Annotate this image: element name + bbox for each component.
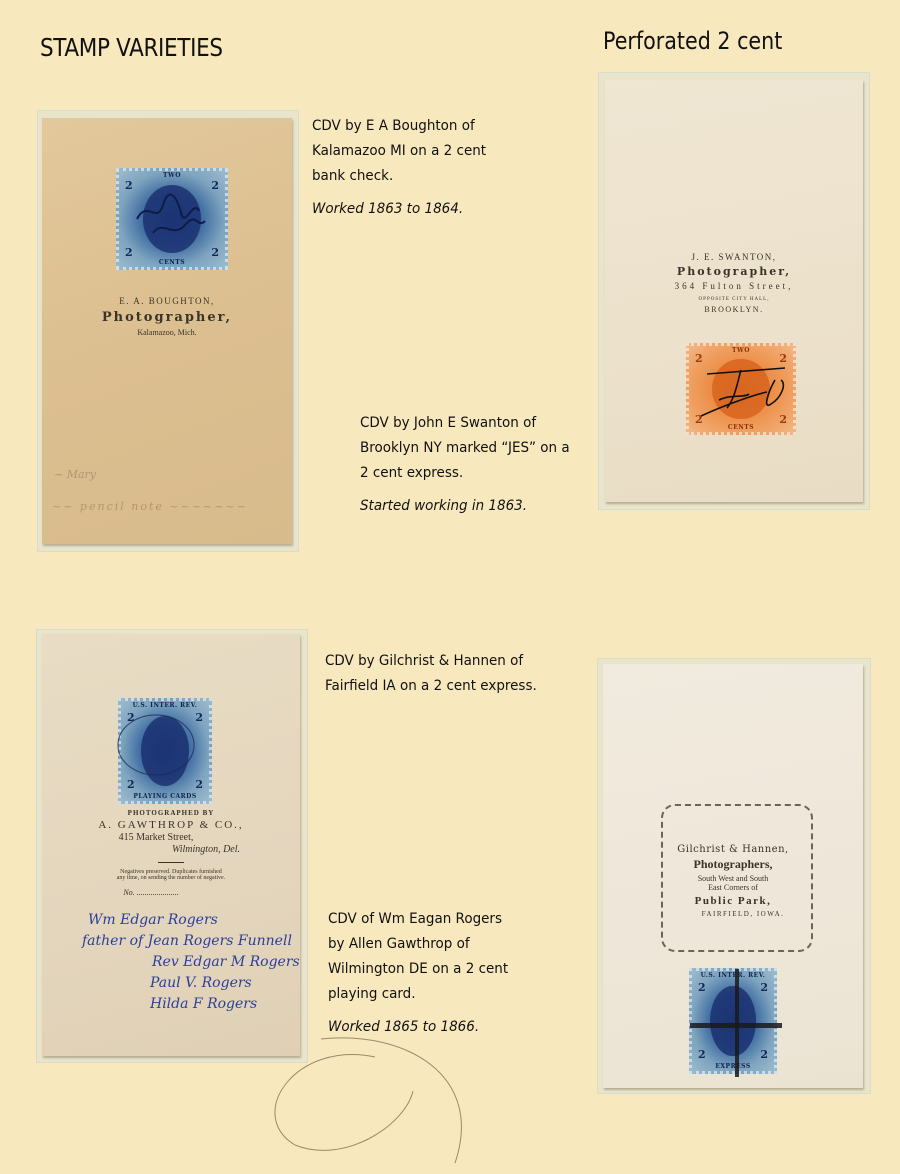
handwritten-inscription: Wm Edgar Rogers father of Jean Rogers Fu… bbox=[88, 910, 300, 1015]
manuscript-cancel-icon bbox=[133, 189, 213, 245]
page-title: STAMP VARIETIES bbox=[40, 33, 223, 62]
photographer-imprint: J. E. SWANTON, Photographer, 364 Fulton … bbox=[605, 252, 863, 314]
denomination: 2 bbox=[760, 981, 768, 994]
stamp-playing-cards: U.S. INTER. REV. PLAYING CARDS 2 2 2 2 bbox=[118, 698, 212, 804]
denomination: 2 bbox=[125, 246, 133, 259]
photographer-imprint: PHOTOGRAPHED BY A. GAWTHROP & CO., 415 M… bbox=[42, 809, 300, 897]
stamp-express-orange: TWO CENTS 2 2 2 2 bbox=[686, 343, 796, 435]
caption-gawthrop: CDV of Wm Eagan Rogers by Allen Gawthrop… bbox=[328, 907, 568, 1040]
denomination: 2 bbox=[760, 1048, 768, 1061]
stamp-express-blue: U.S. INTER. REV. EXPRESS 2 2 2 2 bbox=[689, 968, 777, 1074]
pencil-inscription: ~ Mary bbox=[54, 468, 96, 481]
cdv-card-boughton: TWO CENTS 2 2 2 2 E. A. BOUGHTON, Photog… bbox=[42, 118, 292, 544]
cdv-card-gawthrop: U.S. INTER. REV. PLAYING CARDS 2 2 2 2 P… bbox=[42, 634, 300, 1056]
stray-hair bbox=[255, 1035, 485, 1165]
denomination: 2 bbox=[211, 246, 219, 259]
cdv-card-gilchrist: Gilchrist & Hannen, Photographers, South… bbox=[603, 664, 863, 1088]
stamp-bottom-label: CENTS bbox=[119, 259, 225, 266]
denomination: 2 bbox=[698, 1048, 706, 1061]
denomination: 2 bbox=[125, 179, 133, 192]
caption-boughton: CDV by E A Boughton of Kalamazoo MI on a… bbox=[312, 114, 552, 222]
stamp-bottom-label: PLAYING CARDS bbox=[121, 793, 209, 800]
pencil-inscription: ~~ pencil note ~~~~~~~ bbox=[52, 500, 248, 513]
portrait-icon bbox=[710, 986, 755, 1056]
stamp-top-label: U.S. INTER. REV. bbox=[692, 972, 774, 979]
pen-cross-cancel-horizontal bbox=[690, 1023, 782, 1028]
caption-gilchrist: CDV by Gilchrist & Hannen of Fairfield I… bbox=[325, 649, 585, 699]
page-subtitle: Perforated 2 cent bbox=[603, 27, 782, 55]
cdv-card-swanton: J. E. SWANTON, Photographer, 364 Fulton … bbox=[605, 80, 863, 502]
manuscript-cancel-icon bbox=[697, 364, 793, 424]
photographer-imprint: Gilchrist & Hannen, Photographers, South… bbox=[603, 844, 863, 918]
denomination: 2 bbox=[698, 981, 706, 994]
stamp-bottom-label: EXPRESS bbox=[692, 1063, 774, 1070]
stamp-bottom-label: CENTS bbox=[689, 424, 793, 431]
divider bbox=[158, 862, 184, 863]
photographer-imprint: E. A. BOUGHTON, Photographer, Kalamazoo,… bbox=[42, 296, 292, 337]
stamp-top-label: TWO bbox=[689, 347, 793, 354]
stamp-bank-check: TWO CENTS 2 2 2 2 bbox=[116, 168, 228, 270]
handstamp-cancel-icon bbox=[111, 707, 201, 787]
caption-swanton: CDV by John E Swanton of Brooklyn NY mar… bbox=[360, 411, 600, 519]
stamp-top-label: TWO bbox=[119, 172, 225, 179]
